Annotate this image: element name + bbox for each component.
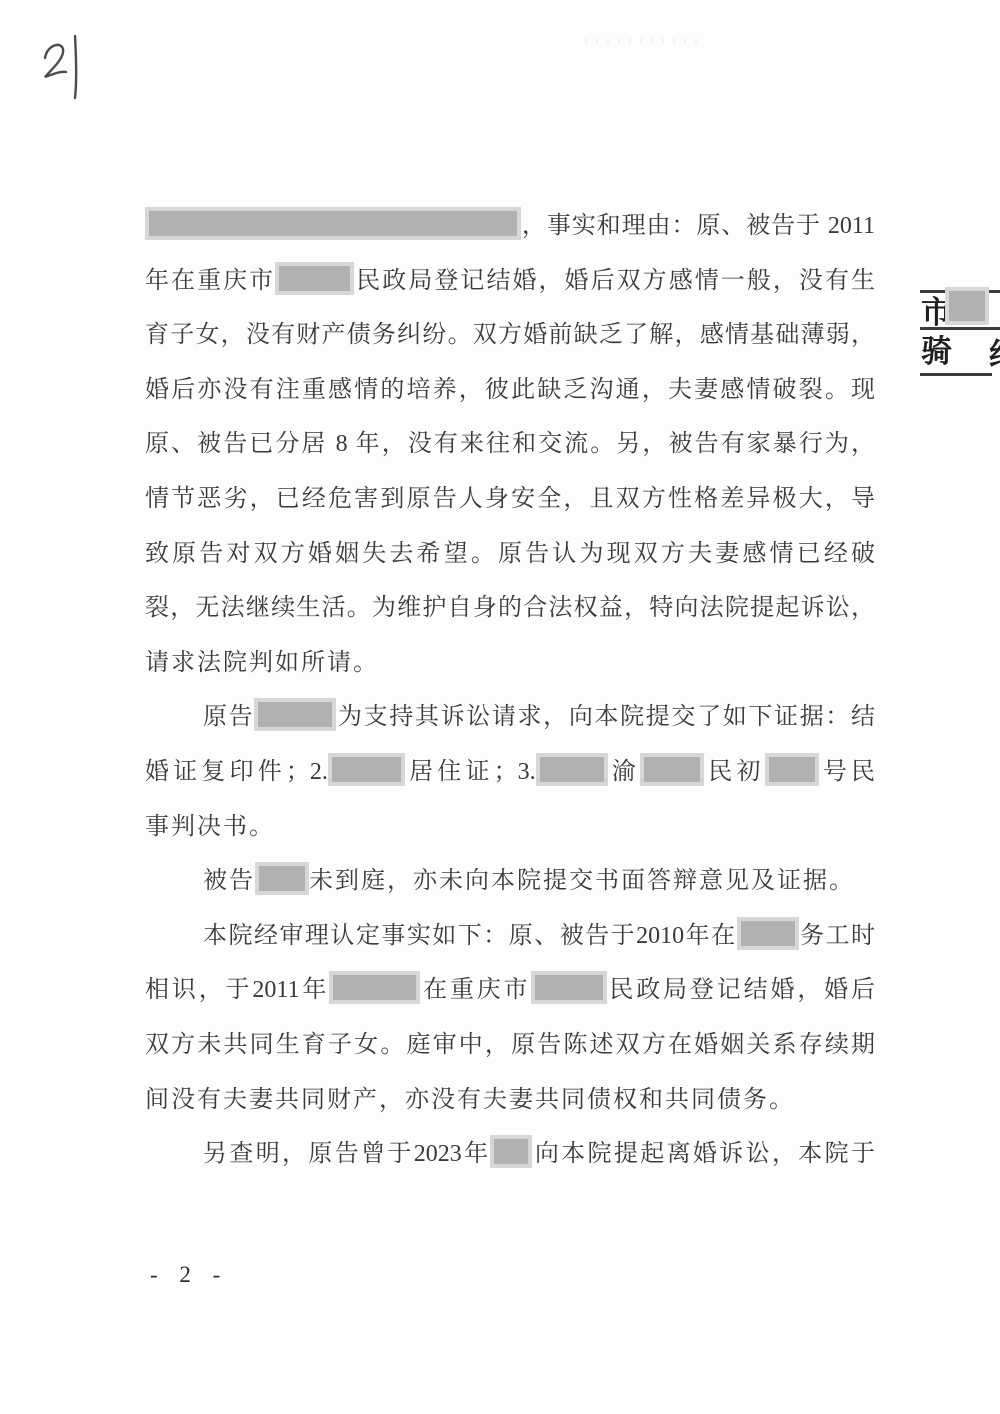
document-text: 情节恶劣，已经危害到原告人身安全，且双方性格差异极大，导 — [145, 486, 875, 512]
document-line: 年在重庆市民政局登记结婚，婚后双方感情一般，没有生 — [145, 254, 875, 309]
document-line: 另查明，原告曾于2023年向本院提起离婚诉讼，本院于 — [145, 1127, 875, 1182]
document-line: 事判决书。 — [145, 800, 875, 855]
document-text: ，事实和理由：原、被告于 2011 — [521, 213, 875, 239]
document-line: 裂，无法继续生活。为维护自身的合法权益，特向法院提起诉讼， — [145, 581, 875, 636]
document-body: ，事实和理由：原、被告于 2011年在重庆市民政局登记结婚，婚后双方感情一般，没… — [145, 199, 875, 1182]
document-text: 原、被告已分居 8 年，没有来往和交流。另，被告有家暴行为， — [145, 431, 875, 457]
redaction-block — [328, 753, 405, 786]
document-text: 在重庆市 — [420, 977, 530, 1003]
document-text: 双方未共同生育子女。庭审中，原告陈述双方在婚姻关系存续期 — [145, 1032, 875, 1058]
document-page: ，事实和理由：原、被告于 2011年在重庆市民政局登记结婚，婚后双方感情一般，没… — [0, 0, 1000, 1414]
document-line: 间没有夫妻共同财产，亦没有夫妻共同债权和共同债务。 — [145, 1073, 875, 1128]
document-text: 事判决书。 — [145, 814, 275, 840]
document-text: 婚证复印件；2. — [145, 759, 328, 785]
document-text: 年在重庆市 — [145, 268, 275, 294]
redaction-block — [254, 698, 336, 731]
stamp-partial-char: 纟 — [988, 339, 1000, 370]
document-text: 被告 — [203, 868, 255, 894]
document-text: 间没有夫妻共同财产，亦没有夫妻共同债权和共同债务。 — [145, 1087, 795, 1113]
handwritten-21-strokes — [38, 28, 88, 100]
redaction-block — [640, 753, 704, 786]
redaction-block — [531, 971, 607, 1004]
document-text: 渝 — [608, 759, 640, 785]
stamp-rule-bottom — [920, 373, 992, 376]
document-line: 婚后亦没有注重感情的培养，彼此缺乏沟通，夫妻感情破裂。现 — [145, 363, 875, 418]
redaction-block — [490, 1135, 532, 1168]
document-line: 育子女，没有财产债务纠纷。双方婚前缺乏了解，感情基础薄弱， — [145, 308, 875, 363]
redaction-block — [255, 862, 309, 895]
document-text: 务工时 — [799, 923, 875, 949]
document-line: 原告为支持其诉讼请求，向本院提交了如下证据：结 — [145, 690, 875, 745]
document-text: 育子女，没有财产债务纠纷。双方婚前缺乏了解，感情基础薄弱， — [145, 322, 875, 348]
document-line: 致原告对双方婚姻失去希望。原告认为现双方夫妻感情已经破 — [145, 527, 875, 582]
redaction-block — [765, 753, 819, 786]
redaction-block — [329, 971, 420, 1004]
handwritten-page-mark — [38, 28, 88, 100]
document-line: ，事实和理由：原、被告于 2011 — [145, 199, 875, 254]
document-text: 婚后亦没有注重感情的培养，彼此缺乏沟通，夫妻感情破裂。现 — [145, 377, 875, 403]
document-text: 民初 — [704, 759, 765, 785]
document-text: 民政局登记结婚，婚后双方感情一般，没有生 — [354, 268, 875, 294]
document-line: 被告未到庭，亦未向本院提交书面答辩意见及证据。 — [145, 854, 875, 909]
stamp-char-row2: 骑 — [921, 336, 952, 367]
document-text: 相识，于2011年 — [145, 977, 329, 1003]
stamp-redaction-block — [945, 287, 989, 325]
document-line: 相识，于2011年在重庆市民政局登记结婚，婚后 — [145, 963, 875, 1018]
document-text: 原告 — [203, 704, 254, 730]
document-line: 双方未共同生育子女。庭审中，原告陈述双方在婚姻关系存续期 — [145, 1018, 875, 1073]
scan-smudge — [585, 38, 703, 44]
redaction-block — [145, 207, 521, 240]
redaction-block — [275, 262, 354, 295]
document-text: 向本院提起离婚诉讼，本院于 — [532, 1141, 875, 1167]
document-text: 致原告对双方婚姻失去希望。原告认为现双方夫妻感情已经破 — [145, 541, 875, 567]
document-text: 另查明，原告曾于2023年 — [203, 1141, 490, 1167]
document-line: 请求法院判如所请。 — [145, 636, 875, 691]
page-number: - 2 - — [150, 1262, 228, 1288]
document-text: 未到庭，亦未向本院提交书面答辩意见及证据。 — [309, 868, 855, 894]
document-text: 居住证；3. — [405, 759, 536, 785]
document-text: 裂，无法继续生活。为维护自身的合法权益，特向法院提起诉讼， — [145, 595, 875, 621]
document-line: 婚证复印件；2.居住证；3.渝民初号民 — [145, 745, 875, 800]
document-line: 原、被告已分居 8 年，没有来往和交流。另，被告有家暴行为， — [145, 417, 875, 472]
document-text: 请求法院判如所请。 — [145, 650, 379, 676]
document-text: 号民 — [819, 759, 875, 785]
document-text: 民政局登记结婚，婚后 — [607, 977, 876, 1003]
redaction-block — [536, 753, 608, 786]
document-text: 本院经审理认定事实如下：原、被告于2010年在 — [203, 923, 737, 949]
document-line: 本院经审理认定事实如下：原、被告于2010年在务工时 — [145, 909, 875, 964]
document-text: 为支持其诉讼请求，向本院提交了如下证据：结 — [336, 704, 875, 730]
document-line: 情节恶劣，已经危害到原告人身安全，且双方性格差异极大，导 — [145, 472, 875, 527]
redaction-block — [737, 917, 799, 950]
